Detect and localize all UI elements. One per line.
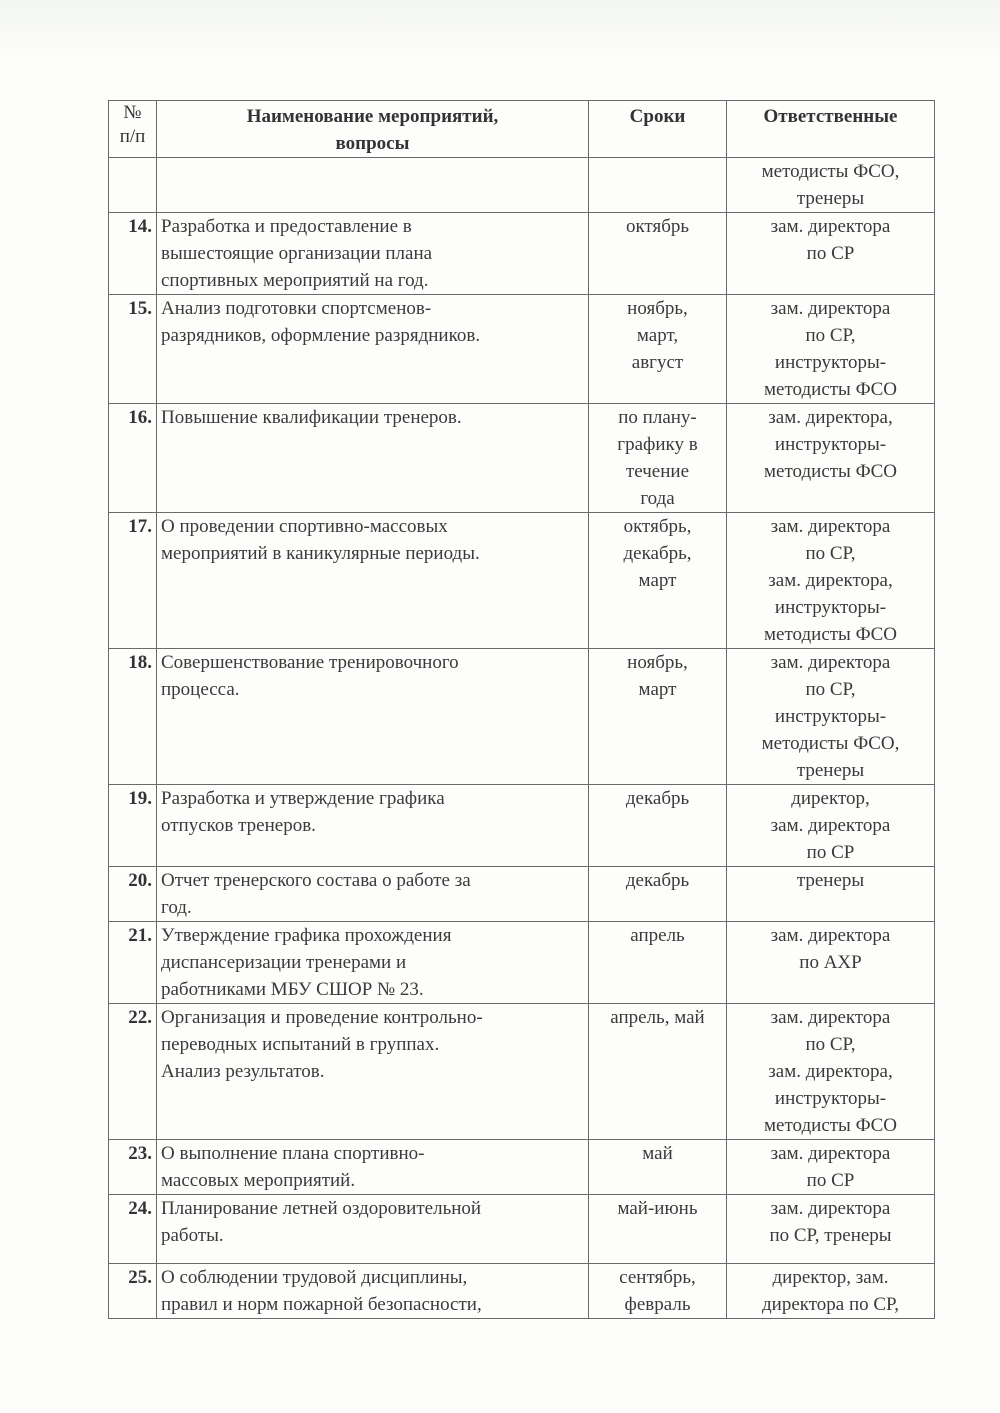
event-term-line: октябрь,	[593, 513, 722, 540]
event-name: Планирование летней оздоровительнойработ…	[157, 1195, 589, 1264]
event-responsible: тренеры	[727, 867, 935, 922]
event-name-line: отпусков тренеров.	[161, 812, 584, 839]
event-responsible-line: методисты ФСО	[731, 458, 930, 485]
event-term-line: август	[593, 349, 722, 376]
header-number-line: №	[113, 101, 152, 125]
event-responsible-line: тренеры	[731, 867, 930, 894]
event-name: О выполнение плана спортивно-массовых ме…	[157, 1140, 589, 1195]
row-number: 15.	[109, 295, 157, 404]
event-term: декабрь	[589, 867, 727, 922]
event-responsible-line: зам. директора	[731, 1004, 930, 1031]
event-name-line: Отчет тренерского состава о работе за	[161, 867, 584, 894]
event-term-line: сентябрь,	[593, 1264, 722, 1291]
event-term-line: май-июнь	[593, 1195, 722, 1222]
header-name-line: Наименование мероприятий,	[161, 103, 584, 130]
event-responsible-line: зам. директора	[731, 649, 930, 676]
event-term: сентябрь,февраль	[589, 1264, 727, 1319]
event-name-line: год.	[161, 894, 584, 921]
event-responsible-line: зам. директора,	[731, 404, 930, 431]
event-responsible-line: по СР,	[731, 540, 930, 567]
table-row: 16.Повышение квалификации тренеров.по пл…	[109, 404, 935, 513]
header-resp-line: Ответственные	[731, 103, 930, 130]
header-responsible: Ответственные	[727, 101, 935, 158]
row-number: 22.	[109, 1004, 157, 1140]
event-responsible-line: директор,	[731, 785, 930, 812]
table-row: 17.О проведении спортивно-массовыхмеропр…	[109, 513, 935, 649]
event-responsible: зам. директора,инструкторы-методисты ФСО	[727, 404, 935, 513]
event-name: Совершенствование тренировочногопроцесса…	[157, 649, 589, 785]
event-term: октябрь	[589, 213, 727, 295]
row-number: 23.	[109, 1140, 157, 1195]
event-term: апрель	[589, 922, 727, 1004]
event-name-line: работниками МБУ СШОР № 23.	[161, 976, 584, 1003]
event-name-line: Разработка и утверждение графика	[161, 785, 584, 812]
row-number: 14.	[109, 213, 157, 295]
row-number: 17.	[109, 513, 157, 649]
event-name: Повышение квалификации тренеров.	[157, 404, 589, 513]
scan-edge	[0, 0, 1000, 60]
event-name: Отчет тренерского состава о работе загод…	[157, 867, 589, 922]
event-name-line: Разработка и предоставление в	[161, 213, 584, 240]
table-row: 19.Разработка и утверждение графикаотпус…	[109, 785, 935, 867]
event-responsible-line: инструкторы-	[731, 594, 930, 621]
row-number: 18.	[109, 649, 157, 785]
event-responsible-line: методисты ФСО	[731, 621, 930, 648]
event-name-line: спортивных мероприятий на год.	[161, 267, 584, 294]
event-responsible-line: зам. директора,	[731, 1058, 930, 1085]
event-term-line: апрель	[593, 922, 722, 949]
event-term-line: март	[593, 567, 722, 594]
table-row: 25.О соблюдении трудовой дисциплины,прав…	[109, 1264, 935, 1319]
event-responsible-line: по СР	[731, 1167, 930, 1194]
header-terms: Сроки	[589, 101, 727, 158]
events-plan-table: № п/п Наименование мероприятий, вопросы …	[108, 100, 935, 1319]
event-responsible-line: директора по СР,	[731, 1291, 930, 1318]
table-row: 23.О выполнение плана спортивно-массовых…	[109, 1140, 935, 1195]
event-name-line: Повышение квалификации тренеров.	[161, 404, 584, 431]
event-responsible-line: зам. директора	[731, 812, 930, 839]
event-responsible-line: методисты ФСО	[731, 376, 930, 403]
row-number: 24.	[109, 1195, 157, 1264]
event-term-line: март,	[593, 322, 722, 349]
event-responsible-line: тренеры	[731, 757, 930, 784]
event-term-line: по плану-	[593, 404, 722, 431]
row-number: 25.	[109, 1264, 157, 1319]
event-term: по плану-графику втечениегода	[589, 404, 727, 513]
event-responsible-line: по СР,	[731, 676, 930, 703]
event-term: апрель, май	[589, 1004, 727, 1140]
event-responsible: зам. директорапо СР	[727, 213, 935, 295]
event-responsible-line: инструкторы-	[731, 349, 930, 376]
event-responsible: зам. директорапо СР,инструкторы-методист…	[727, 295, 935, 404]
event-name: О проведении спортивно-массовыхмероприят…	[157, 513, 589, 649]
event-term: май	[589, 1140, 727, 1195]
event-responsible-line: зам. директора	[731, 213, 930, 240]
row-number: 21.	[109, 922, 157, 1004]
event-term: ноябрь,март	[589, 649, 727, 785]
event-name: Утверждение графика прохождениядиспансер…	[157, 922, 589, 1004]
event-term-line: декабрь	[593, 785, 722, 812]
event-responsible-line: зам. директора	[731, 513, 930, 540]
header-number: № п/п	[109, 101, 157, 158]
event-responsible-line: по СР	[731, 240, 930, 267]
event-term-line: ноябрь,	[593, 649, 722, 676]
event-responsible: зам. директорапо АХР	[727, 922, 935, 1004]
event-term-line: октябрь	[593, 213, 722, 240]
event-name-line: О соблюдении трудовой дисциплины,	[161, 1264, 584, 1291]
event-name: Анализ подготовки спортсменов-разряднико…	[157, 295, 589, 404]
event-responsible: зам. директорапо СР,зам. директора,инстр…	[727, 513, 935, 649]
event-responsible-line: инструкторы-	[731, 431, 930, 458]
event-responsible: зам. директорапо СР,зам. директора,инстр…	[727, 1004, 935, 1140]
event-responsible-line: зам. директора	[731, 922, 930, 949]
event-name-line: разрядников, оформление разрядников.	[161, 322, 584, 349]
header-number-line: п/п	[113, 125, 152, 149]
event-name-line: О проведении спортивно-массовых	[161, 513, 584, 540]
event-responsible: зам. директорапо СР	[727, 1140, 935, 1195]
event-term: октябрь,декабрь,март	[589, 513, 727, 649]
event-responsible-line: зам. директора,	[731, 567, 930, 594]
event-responsible-line: по СР, тренеры	[731, 1222, 930, 1249]
event-name: Организация и проведение контрольно-пере…	[157, 1004, 589, 1140]
event-term: ноябрь,март,август	[589, 295, 727, 404]
event-responsible-line: инструкторы-	[731, 703, 930, 730]
event-responsible-line: по СР,	[731, 1031, 930, 1058]
event-term-line: март	[593, 676, 722, 703]
header-term-line: Сроки	[593, 103, 722, 130]
event-name-line: О выполнение плана спортивно-	[161, 1140, 584, 1167]
event-name-line: вышестоящие организации плана	[161, 240, 584, 267]
event-responsible-line: зам. директора	[731, 295, 930, 322]
event-term-line: года	[593, 485, 722, 512]
event-term: декабрь	[589, 785, 727, 867]
event-term: май-июнь	[589, 1195, 727, 1264]
event-responsible-line: методисты ФСО,	[731, 158, 930, 185]
row-number	[109, 158, 157, 213]
table-row: 15.Анализ подготовки спортсменов-разрядн…	[109, 295, 935, 404]
event-name-line: Анализ подготовки спортсменов-	[161, 295, 584, 322]
event-responsible-line: тренеры	[731, 185, 930, 212]
event-name-line: Организация и проведение контрольно-	[161, 1004, 584, 1031]
event-name-line: процесса.	[161, 676, 584, 703]
event-term-line: февраль	[593, 1291, 722, 1318]
table-row: методисты ФСО,тренеры	[109, 158, 935, 213]
event-responsible-line: зам. директора	[731, 1195, 930, 1222]
event-name: Разработка и утверждение графикаотпусков…	[157, 785, 589, 867]
event-name: Разработка и предоставление ввышестоящие…	[157, 213, 589, 295]
header-event-name: Наименование мероприятий, вопросы	[157, 101, 589, 158]
event-term-line: апрель, май	[593, 1004, 722, 1031]
event-name-line: работы.	[161, 1222, 584, 1249]
event-name-line: диспансеризации тренерами и	[161, 949, 584, 976]
table-row: 20.Отчет тренерского состава о работе за…	[109, 867, 935, 922]
table-row: 21.Утверждение графика прохождениядиспан…	[109, 922, 935, 1004]
event-responsible-line: инструкторы-	[731, 1085, 930, 1112]
event-responsible-line: по АХР	[731, 949, 930, 976]
event-responsible: зам. директорапо СР,инструкторы-методист…	[727, 649, 935, 785]
event-term-line: декабрь,	[593, 540, 722, 567]
event-name	[157, 158, 589, 213]
event-term-line: течение	[593, 458, 722, 485]
event-responsible: методисты ФСО,тренеры	[727, 158, 935, 213]
event-responsible-line: директор, зам.	[731, 1264, 930, 1291]
event-responsible-line: по СР	[731, 839, 930, 866]
event-name-line: Утверждение графика прохождения	[161, 922, 584, 949]
event-name: О соблюдении трудовой дисциплины,правил …	[157, 1264, 589, 1319]
event-responsible-line: методисты ФСО	[731, 1112, 930, 1139]
header-name-line: вопросы	[161, 130, 584, 157]
table-row: 14.Разработка и предоставление ввышестоя…	[109, 213, 935, 295]
event-name-line: Анализ результатов.	[161, 1058, 584, 1085]
event-responsible: директор,зам. директорапо СР	[727, 785, 935, 867]
row-number: 16.	[109, 404, 157, 513]
event-term-line: ноябрь,	[593, 295, 722, 322]
event-responsible-line: по СР,	[731, 322, 930, 349]
event-term-line: декабрь	[593, 867, 722, 894]
event-responsible: директор, зам.директора по СР,	[727, 1264, 935, 1319]
event-term-line: май	[593, 1140, 722, 1167]
table-row: 24.Планирование летней оздоровительнойра…	[109, 1195, 935, 1264]
event-term	[589, 158, 727, 213]
table-header-row: № п/п Наименование мероприятий, вопросы …	[109, 101, 935, 158]
event-name-line: Планирование летней оздоровительной	[161, 1195, 584, 1222]
event-name-line: Совершенствование тренировочного	[161, 649, 584, 676]
event-name-line: переводных испытаний в группах.	[161, 1031, 584, 1058]
event-responsible: зам. директорапо СР, тренеры	[727, 1195, 935, 1264]
table-row: 22.Организация и проведение контрольно-п…	[109, 1004, 935, 1140]
event-responsible-line: методисты ФСО,	[731, 730, 930, 757]
event-name-line: мероприятий в каникулярные периоды.	[161, 540, 584, 567]
table-row: 18.Совершенствование тренировочногопроце…	[109, 649, 935, 785]
row-number: 19.	[109, 785, 157, 867]
event-name-line: массовых мероприятий.	[161, 1167, 584, 1194]
event-name-line: правил и норм пожарной безопасности,	[161, 1291, 584, 1318]
event-responsible-line: зам. директора	[731, 1140, 930, 1167]
event-term-line: графику в	[593, 431, 722, 458]
row-number: 20.	[109, 867, 157, 922]
